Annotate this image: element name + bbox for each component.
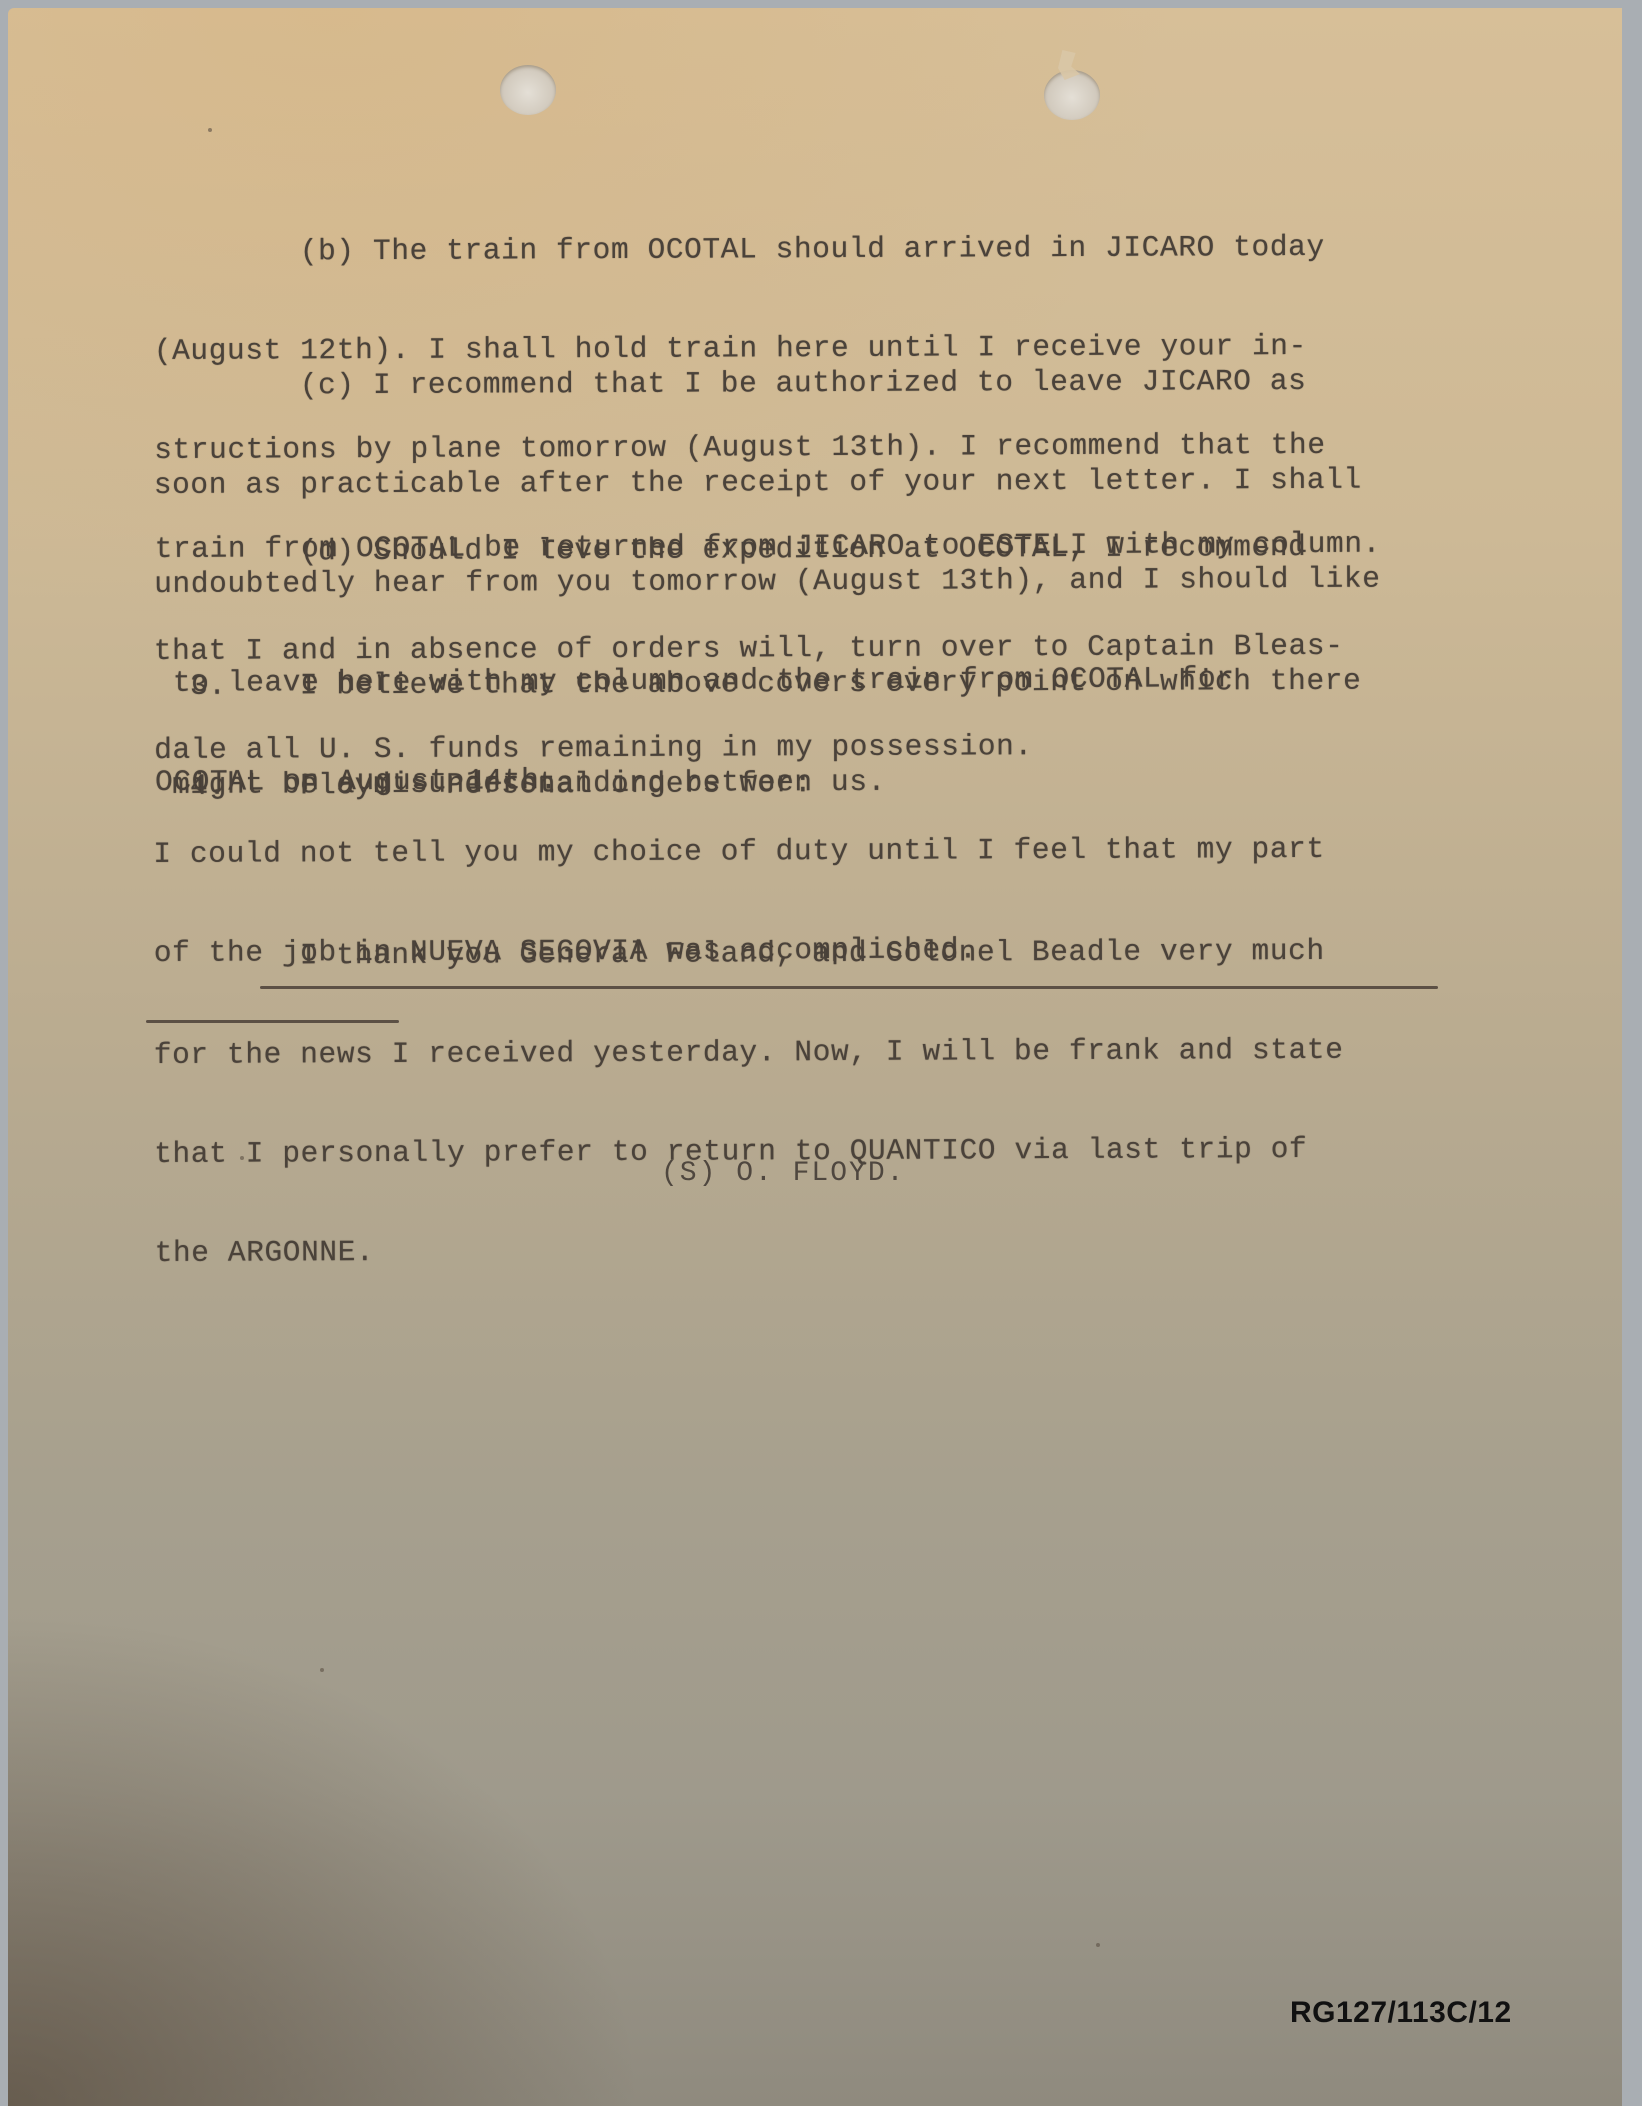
paper-speck xyxy=(1096,1943,1100,1947)
text-line: I could not tell you my choice of duty u… xyxy=(153,833,1325,871)
text-line: 3. I believe that the above covers every… xyxy=(153,665,1361,703)
text-line: (b) The train from OCOTAL should arrived… xyxy=(153,231,1379,269)
document-page: (b) The train from OCOTAL should arrived… xyxy=(8,8,1622,2106)
text-line: I thank you General Feland, and Colonel … xyxy=(153,935,1343,973)
text-line: the ARGONNE. xyxy=(155,1232,1345,1270)
text-line: (c) I recommend that I be authorized to … xyxy=(153,365,1379,403)
archive-reference: RG127/113C/12 xyxy=(1290,1996,1512,2030)
signature: (S) O. FLOYD. xyxy=(661,1158,905,1189)
text-line: for the news I received yesterday. Now, … xyxy=(154,1034,1344,1072)
underline-preference xyxy=(260,986,1438,989)
paper-speck xyxy=(208,128,212,132)
paper-speck xyxy=(320,1668,324,1672)
punch-hole-left xyxy=(500,65,556,115)
text-line: (d) Should I leve the expedition at OCOT… xyxy=(153,531,1343,569)
paragraph-thanks: I thank you General Feland, and Colonel … xyxy=(153,869,1345,1336)
underline-argonne xyxy=(146,1020,399,1023)
punch-hole-right xyxy=(1044,70,1100,120)
